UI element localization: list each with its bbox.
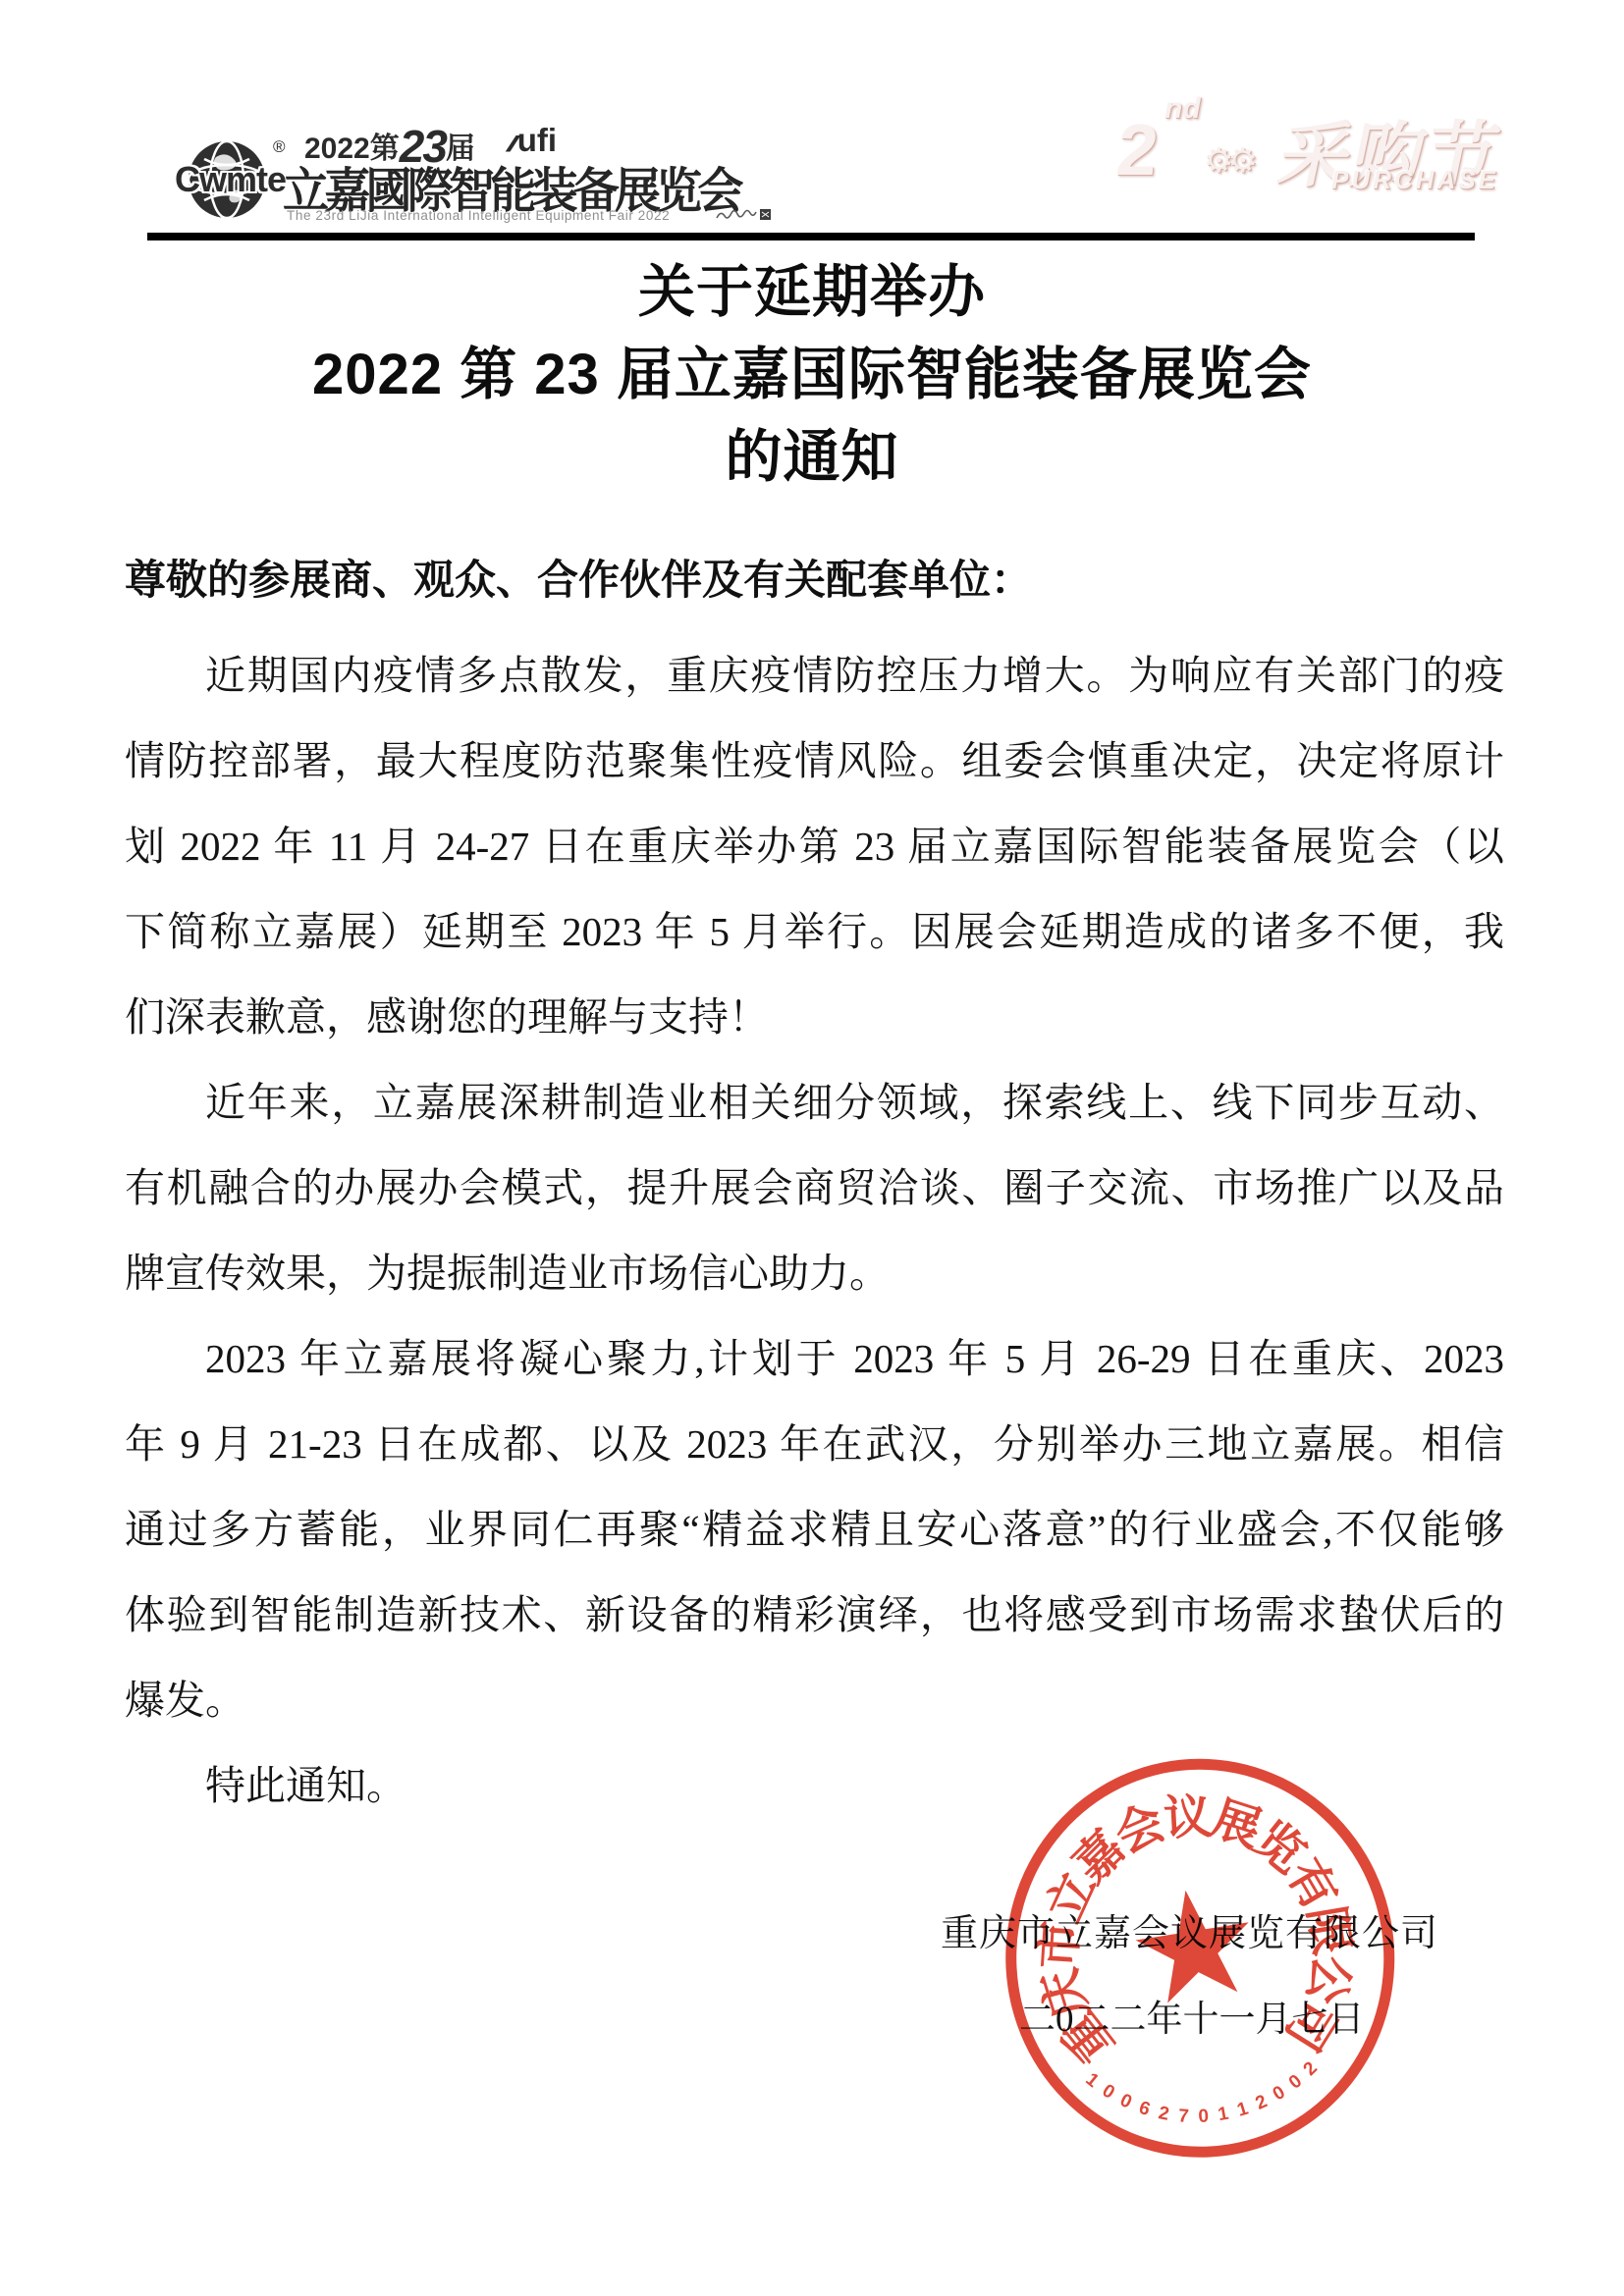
body-line: 体验到智能制造新技术、新设备的精彩演绎，也将感受到市场需求蛰伏后的 <box>125 1573 1504 1658</box>
body-line: 下简称立嘉展）延期至 2023 年 5 月举行。因展会延期造成的诸多不便，我 <box>125 889 1504 975</box>
seal-serial-digit: 7 <box>1177 2106 1189 2128</box>
body-line: 通过多方蓄能，业界同仁再聚“精益求精且安心落意”的行业盛会,不仅能够 <box>125 1487 1504 1573</box>
notice-body: 近期国内疫情多点散发，重庆疫情防控压力增大。为响应有关部门的疫情防控部署，最大程… <box>125 633 1504 1829</box>
body-line: 划 2022 年 11 月 24-27 日在重庆举办第 23 届立嘉国际智能装备… <box>125 804 1504 889</box>
title-line-1: 关于延期举办 <box>0 251 1624 334</box>
brush-signature-mark <box>715 206 774 224</box>
header-divider-rule <box>147 233 1475 240</box>
title-line-3: 的通知 <box>0 416 1624 499</box>
body-line: 爆发。 <box>125 1658 1504 1743</box>
title-line-2: 2022 第 23 届立嘉国际智能装备展览会 <box>0 334 1624 416</box>
body-line: 近期国内疫情多点散发，重庆疫情防控压力增大。为响应有关部门的疫 <box>125 633 1504 719</box>
body-line: 年 9 月 21-23 日在成都、以及 2023 年在武汉，分别举办三地立嘉展。… <box>125 1402 1504 1487</box>
body-line: 牌宣传效果，为提振制造业市场信心助力。 <box>125 1231 1504 1316</box>
salutation: 尊敬的参展商、观众、合作伙伴及有关配套单位： <box>125 548 1504 607</box>
seal-serial-digit: 0 <box>1198 2107 1210 2129</box>
festival-subtitle: PURCHASE <box>1331 165 1498 195</box>
body-line: 情防控部署，最大程度防范聚集性疫情风险。组委会慎重决定，决定将原计 <box>125 719 1504 804</box>
body-line: 有机融合的办展办会模式，提升展会商贸洽谈、圈子交流、市场推广以及品 <box>125 1146 1504 1231</box>
cwmte-logo: Cwmte ® 2022第23届 // ufi 立嘉國際智能装备展览会 The … <box>126 82 676 232</box>
notice-page: Cwmte ® 2022第23届 // ufi 立嘉國際智能装备展览会 The … <box>0 0 1624 2296</box>
company-seal-stamp: ★ 重庆市立嘉会议展览有限公司2002110726001 <box>990 1745 1401 2162</box>
purchase-festival-logo: 2 nd ⚙⚙ 采购节 PURCHASE <box>1117 90 1540 188</box>
fair-english-tagline: The 23rd LiJia International Intelligent… <box>287 208 670 223</box>
brand-wordmark: Cwmte <box>175 159 286 200</box>
body-line: 们深表歉意，感谢您的理解与支持！ <box>125 975 1504 1060</box>
festival-ordinal: nd <box>1164 92 1201 126</box>
festival-number: 2 <box>1113 108 1163 191</box>
body-line: 近年来，立嘉展深耕制造业相关细分领域，探索线上、线下同步互动、 <box>125 1060 1504 1146</box>
body-line: 2023 年立嘉展将凝心聚力,计划于 2023 年 5 月 26-29 日在重庆… <box>125 1316 1504 1402</box>
notice-title: 关于延期举办 2022 第 23 届立嘉国际智能装备展览会 的通知 <box>0 251 1624 499</box>
seal-star-icon: ★ <box>1116 1863 1272 2031</box>
gears-icon: ⚙⚙ <box>1204 141 1252 181</box>
